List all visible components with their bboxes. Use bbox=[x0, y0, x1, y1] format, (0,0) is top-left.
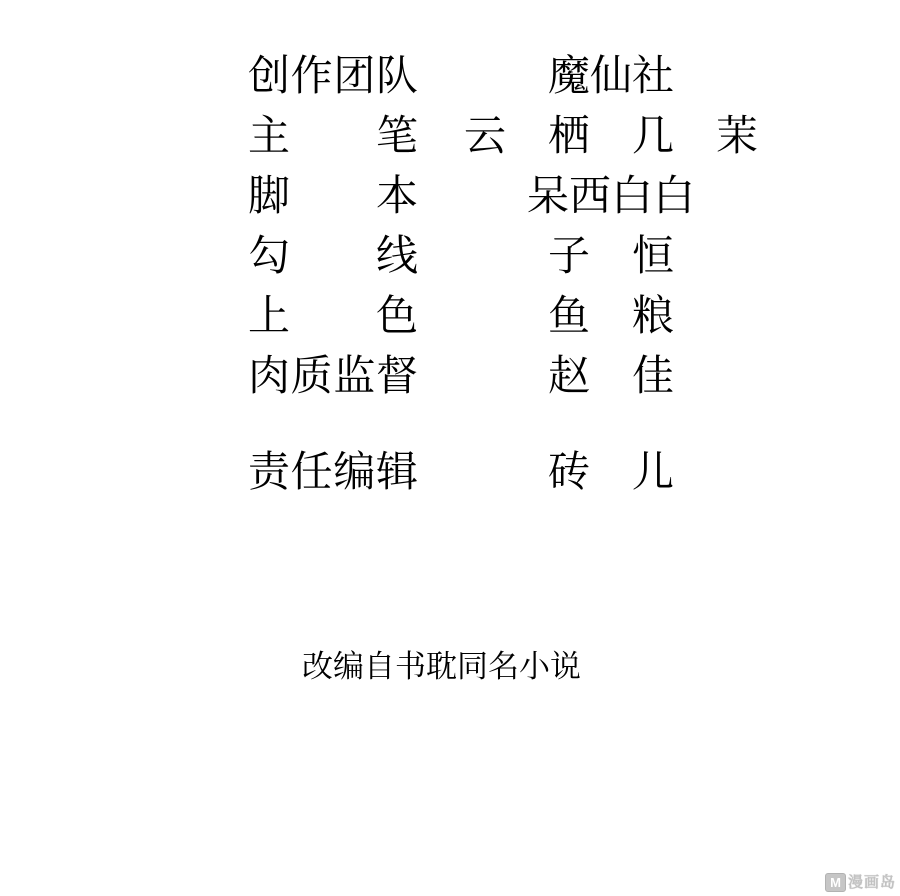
credit-role: 创作团队 bbox=[248, 55, 418, 97]
credit-name: 鱼 粮 bbox=[444, 295, 778, 337]
credit-role: 肉质监督 bbox=[248, 355, 418, 397]
credit-role: 勾线 bbox=[248, 235, 418, 277]
manhuadao-brand-text: 漫画岛 bbox=[848, 875, 896, 890]
credit-row-script: 脚本 呆西白白 bbox=[248, 166, 778, 226]
credits-block: 创作团队 魔仙社 主笔 云 栖 几 茉 脚本 呆西白白 勾线 子 恒 上色 鱼 … bbox=[248, 46, 778, 502]
credit-row-coloring: 上色 鱼 粮 bbox=[248, 286, 778, 346]
manhuadao-logo-icon: M bbox=[825, 873, 846, 892]
credit-row-lineart: 勾线 子 恒 bbox=[248, 226, 778, 286]
credit-row-supervision: 肉质监督 赵 佳 bbox=[248, 346, 778, 406]
credit-name: 子 恒 bbox=[444, 235, 778, 277]
adaptation-note: 改编自书耽同名小说 bbox=[302, 650, 581, 684]
credit-name: 呆西白白 bbox=[444, 175, 778, 217]
credit-row-editor: 责任编辑 砖 儿 bbox=[248, 442, 778, 502]
manhuadao-watermark: M 漫画岛 bbox=[825, 873, 896, 892]
credit-name: 魔仙社 bbox=[444, 55, 778, 97]
credit-name: 砖 儿 bbox=[444, 451, 778, 493]
credit-name: 云 栖 几 茉 bbox=[444, 115, 778, 157]
credit-row-team: 创作团队 魔仙社 bbox=[248, 46, 778, 106]
credit-role: 主笔 bbox=[248, 115, 418, 157]
credit-role: 上色 bbox=[248, 295, 418, 337]
credit-role: 责任编辑 bbox=[248, 451, 418, 493]
credit-row-lead-artist: 主笔 云 栖 几 茉 bbox=[248, 106, 778, 166]
credit-role: 脚本 bbox=[248, 175, 418, 217]
credit-name: 赵 佳 bbox=[444, 355, 778, 397]
comic-credits-page: { "page": { "background_color": "#ffffff… bbox=[0, 0, 900, 896]
